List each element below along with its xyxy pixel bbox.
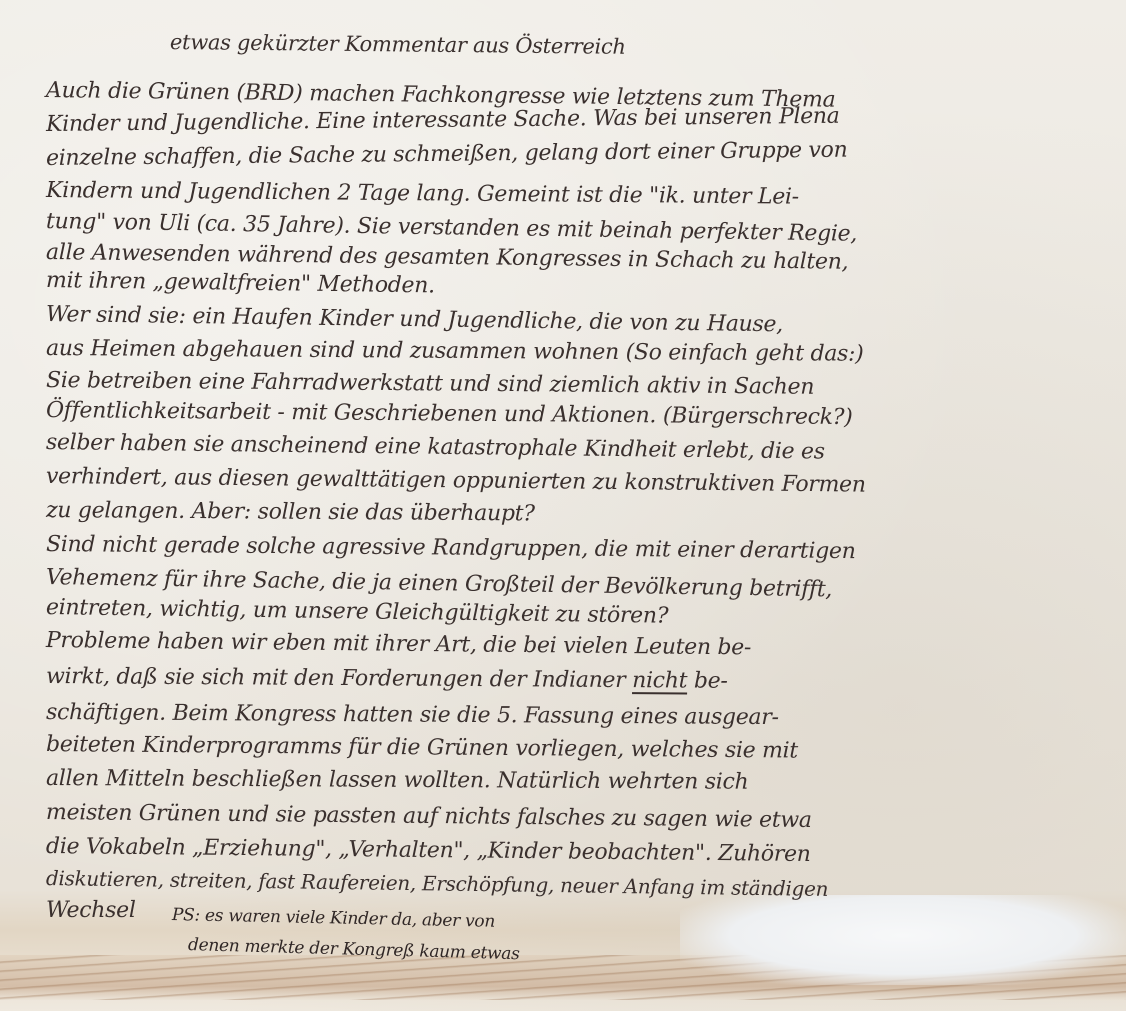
text-line-19-main: wirkt, daß sie sich mit den Forderungen …: [46, 664, 626, 693]
text-line-19-suffix: be-: [687, 668, 728, 693]
text-line-26: Wechsel: [46, 898, 136, 923]
emphasized-word-nicht: nicht: [632, 668, 687, 693]
text-line-19: wirkt, daß sie sich mit den Forderungen …: [46, 664, 728, 694]
worn-paper-patch: [680, 895, 1126, 985]
text-line-14: zu gelangen. Aber: sollen sie das überha…: [46, 498, 535, 526]
document-title: etwas gekürzter Kommentar aus Österreich: [170, 30, 626, 59]
text-line-20: schäftigen. Beim Kongress hatten sie die…: [46, 700, 779, 730]
postscript-label: PS:: [172, 905, 200, 926]
text-line-22: allen Mitteln beschließen lassen wollten…: [46, 766, 749, 795]
